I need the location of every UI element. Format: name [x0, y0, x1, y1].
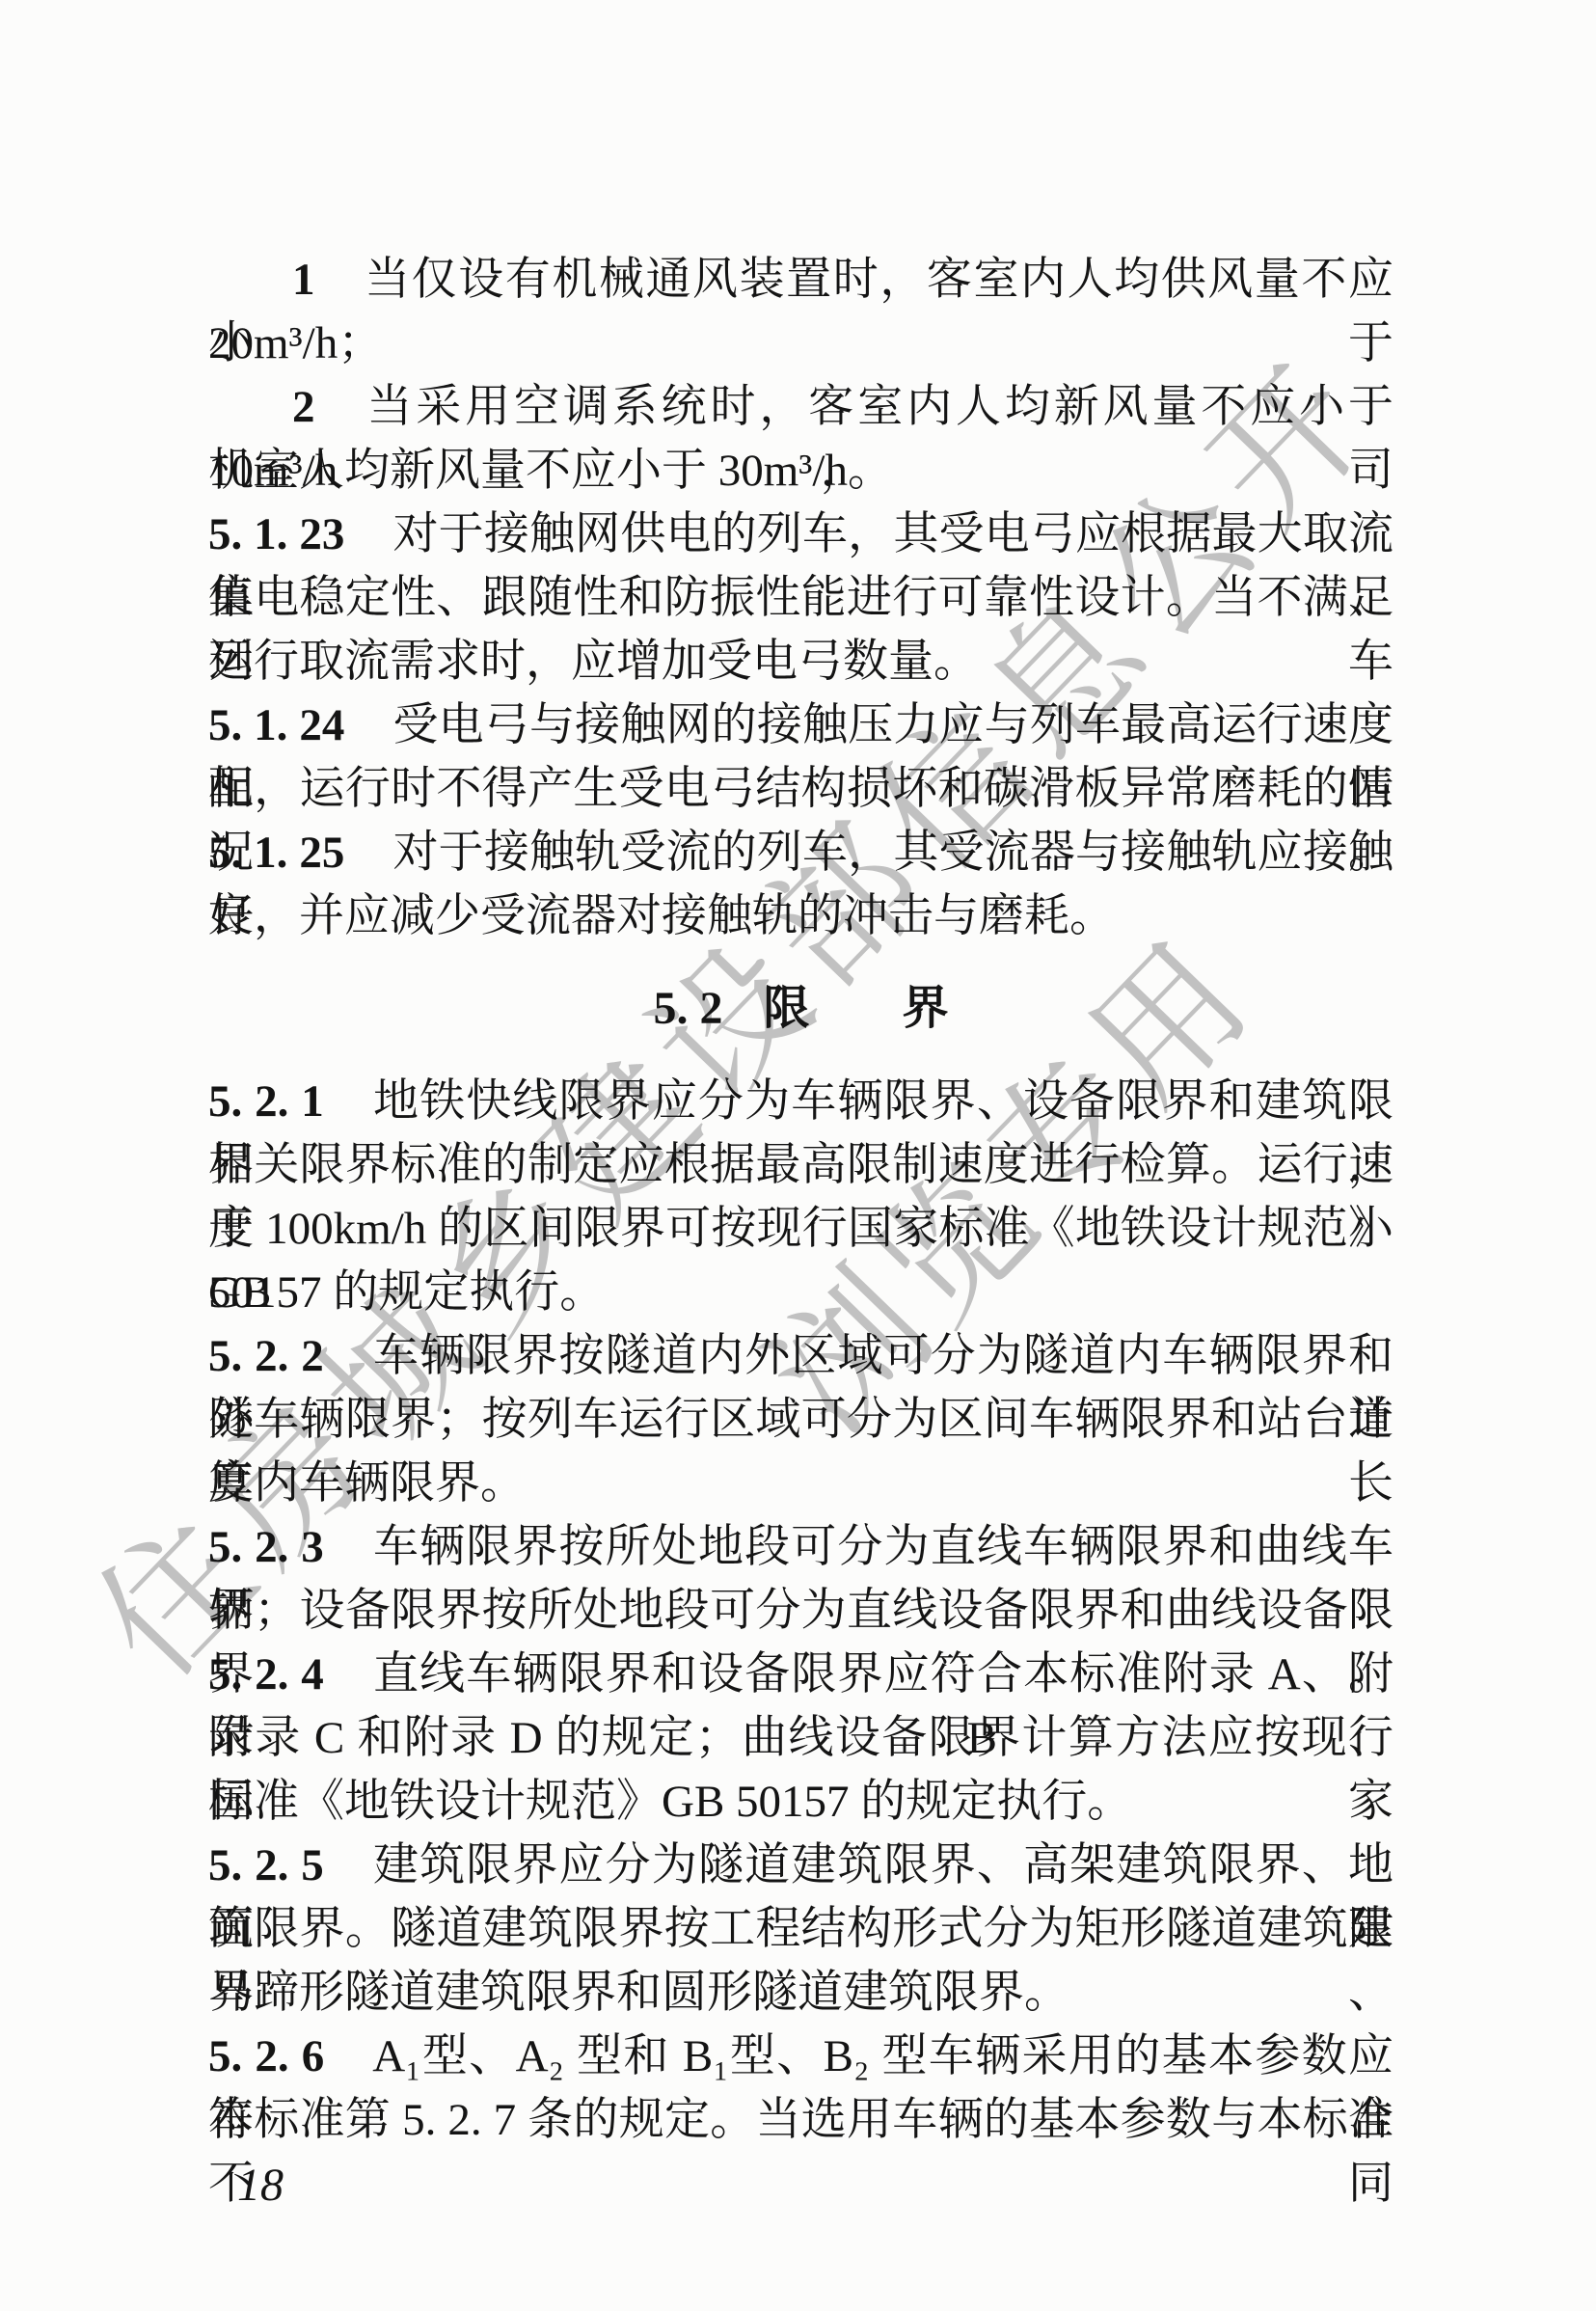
- clause-number: 5. 2. 3: [208, 1522, 324, 1572]
- section-heading: 5. 2限 界: [208, 977, 1393, 1041]
- line-text: 20m³/h；: [208, 318, 383, 368]
- clause-number: 5. 2. 1: [208, 1076, 324, 1127]
- text-line: 筑限界。隧道建筑限界按工程结构形式分为矩形隧道建筑限界、: [208, 1897, 1393, 1961]
- clause-number: 5. 1. 24: [208, 700, 344, 750]
- text-line: 本标准第 5. 2. 7 条的规定。当选用车辆的基本参数与本标准不同: [208, 2088, 1393, 2152]
- clause-number: 5. 1. 23: [208, 509, 344, 559]
- text-line: 5. 2. 5建筑限界应分为隧道建筑限界、高架建筑限界、地面建: [208, 1834, 1393, 1897]
- line-text: 马蹄形隧道建筑限界和圆形隧道建筑限界。: [208, 1968, 1069, 2018]
- text-line: 5. 2. 2车辆限界按隧道内外区域可分为隧道内车辆限界和隧道: [208, 1324, 1393, 1388]
- line-text: 当仅设有机械通风装置时，客室内人均供风量不应小于: [208, 255, 1393, 368]
- text-line: 5. 2. 3车辆限界按所处地段可分为直线车辆限界和曲线车辆限: [208, 1515, 1393, 1579]
- line-text: 运行取流需求时，应增加受电弓数量。: [208, 637, 979, 687]
- text-line: 5. 2. 4直线车辆限界和设备限界应符合本标准附录 A、附录 B、: [208, 1643, 1393, 1706]
- text-line: 好，并应减少受流器对接触轨的冲击与磨耗。: [208, 884, 1393, 948]
- clause-number: 5. 2. 6: [208, 2031, 324, 2081]
- text-line: 5. 1. 23对于接触网供电的列车，其受电弓应根据最大取流值、: [208, 503, 1393, 566]
- line-text: 标准《地铁设计规范》GB 50157 的规定执行。: [208, 1777, 1132, 1827]
- document-page: 住房城乡建设部信息公开 浏览专用 1当仅设有机械通风装置时，客室内人均供风量不应…: [0, 0, 1596, 2311]
- line-text: 本标准第 5. 2. 7 条的规定。当选用车辆的基本参数与本标准不同: [208, 2095, 1393, 2209]
- text-line: 2当采用空调系统时，客室内人均新风量不应小于10m³/h，司: [208, 375, 1393, 439]
- page-number: 18: [237, 2159, 284, 2212]
- text-line: 5. 2. 1地铁快线限界应分为车辆限界、设备限界和建筑限界，: [208, 1070, 1393, 1133]
- line-text: 度内车辆限界。: [208, 1458, 526, 1509]
- text-line: 50157 的规定执行。: [208, 1261, 1393, 1324]
- text-block: 1当仅设有机械通风装置时，客室内人均供风量不应小于20m³/h；2当采用空调系统…: [208, 248, 1393, 2152]
- text-line: 5. 1. 25对于接触轨受流的列车，其受流器与接触轨应接触良: [208, 821, 1393, 884]
- clause-number: 1: [292, 255, 315, 305]
- text-line: 外车辆限界；按列车运行区域可分为区间车辆限界和站台计算长: [208, 1388, 1393, 1452]
- text-line: 5. 1. 24受电弓与接触网的接触压力应与列车最高运行速度相匹: [208, 693, 1393, 757]
- line-text: 机室人均新风量不应小于 30m³/h。: [208, 446, 893, 496]
- section-heading-number: 5. 2: [653, 983, 722, 1034]
- clause-number: 5. 2. 5: [208, 1840, 324, 1890]
- clause-number: 5. 1. 25: [208, 828, 344, 878]
- section-heading-title: 限 界: [763, 983, 948, 1034]
- line-text: 50157 的规定执行。: [208, 1267, 605, 1318]
- text-line: 配，运行时不得产生受电弓结构损坏和碳滑板异常磨耗的情况。: [208, 757, 1393, 821]
- text-line: 5. 2. 6A₁型、A₂ 型和 B₁型、B₂ 型车辆采用的基本参数应符合: [208, 2025, 1393, 2088]
- text-line: 集电稳定性、跟随性和防振性能进行可靠性设计。当不满足列车: [208, 566, 1393, 630]
- text-line: 附录 C 和附录 D 的规定；曲线设备限界计算方法应按现行国家: [208, 1706, 1393, 1770]
- text-line: 1当仅设有机械通风装置时，客室内人均供风量不应小于: [208, 248, 1393, 312]
- clause-number: 5. 2. 2: [208, 1331, 324, 1381]
- line-text: 好，并应减少受流器对接触轨的冲击与磨耗。: [208, 891, 1115, 941]
- text-line: 于 100km/h 的区间限界可按现行国家标准《地铁设计规范》GB: [208, 1197, 1393, 1261]
- clause-number: 5. 2. 4: [208, 1649, 324, 1699]
- text-line: 相关限界标准的制定应根据最高限制速度进行检算。运行速度小: [208, 1133, 1393, 1197]
- text-line: 界；设备限界按所处地段可分为直线设备限界和曲线设备限界。: [208, 1579, 1393, 1643]
- clause-number: 2: [292, 382, 315, 432]
